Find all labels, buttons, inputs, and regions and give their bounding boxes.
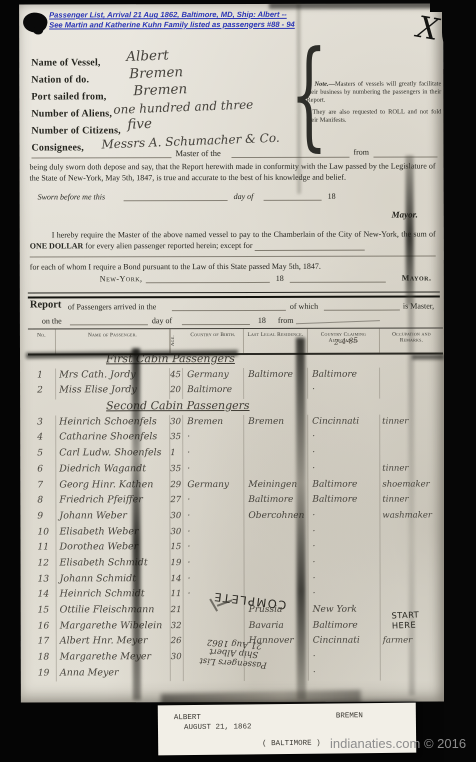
passenger-age bbox=[171, 666, 184, 682]
passenger-no: 4 bbox=[28, 431, 56, 447]
section-divider-rule bbox=[28, 291, 440, 298]
passenger-age: 20 bbox=[170, 384, 183, 400]
blank-line bbox=[290, 282, 386, 283]
fee-body-2: for every alien passenger reported herei… bbox=[85, 240, 252, 249]
fee-mayor-label: Mayor. bbox=[402, 273, 432, 282]
passenger-no: 9 bbox=[28, 509, 56, 525]
passenger-name: Dorothea Weber bbox=[56, 540, 170, 556]
fee-body-1: I hereby require the Master of the above… bbox=[52, 229, 436, 239]
masters-note: ☞ Note.—Masters of vessels will greatly … bbox=[306, 79, 441, 124]
passenger-occupation bbox=[380, 540, 443, 556]
watermark: indianaties.com © 2016 bbox=[330, 736, 466, 751]
passenger-row: 4Catharine Shoenfels35·· bbox=[28, 430, 443, 447]
field-label: Name of Vessel, bbox=[31, 57, 100, 68]
passenger-residence bbox=[244, 540, 308, 556]
passenger-allegiance: Baltimore bbox=[309, 618, 381, 634]
passenger-name: Heinrich Schoenfels bbox=[56, 415, 170, 431]
passenger-no: 15 bbox=[29, 603, 57, 619]
field-nation: Nation of do. Bremen bbox=[31, 69, 89, 87]
cabin-section-label: First Cabin Passengers bbox=[28, 351, 443, 368]
scanned-document-viewer: Passenger List, Arrival 21 Aug 1862, Bal… bbox=[0, 0, 476, 762]
blank-line bbox=[70, 324, 148, 325]
blank-line bbox=[146, 282, 270, 283]
field-label: Number of Aliens, bbox=[31, 108, 112, 119]
ink-blot bbox=[33, 26, 43, 34]
passenger-allegiance: Cincinnati bbox=[308, 414, 380, 430]
report-word: Report bbox=[30, 299, 62, 310]
passenger-residence bbox=[245, 556, 309, 572]
passenger-row: 11Dorothea Weber15·· bbox=[28, 540, 443, 557]
document-page: Passenger List, Arrival 21 Aug 1862, Bal… bbox=[19, 3, 445, 702]
blank-line bbox=[182, 324, 250, 325]
passenger-age: 35 bbox=[170, 431, 183, 447]
passenger-allegiance: Cincinnati bbox=[309, 634, 381, 650]
passenger-occupation: washmaker bbox=[380, 508, 443, 524]
field-label: Consignees, bbox=[31, 142, 84, 153]
passenger-residence: Bavaria bbox=[245, 618, 309, 634]
passenger-occupation: tinner bbox=[380, 493, 443, 509]
passenger-name: Carl Ludw. Shoenfels bbox=[56, 446, 170, 462]
passenger-allegiance: · bbox=[308, 446, 380, 462]
sworn-before: Sworn before me this bbox=[38, 192, 106, 201]
passenger-country: · bbox=[183, 493, 244, 509]
passenger-no: 3 bbox=[28, 415, 56, 431]
handwritten-x-mark: X bbox=[414, 10, 441, 48]
oath-from: from bbox=[353, 148, 369, 157]
passenger-allegiance: New York bbox=[309, 603, 381, 619]
edge-shadow bbox=[269, 1, 443, 8]
passenger-name: Friedrich Pfeiffer bbox=[56, 493, 170, 509]
passenger-no: 7 bbox=[28, 478, 56, 494]
passenger-occupation bbox=[381, 587, 444, 603]
field-value: five bbox=[127, 116, 152, 133]
day-of: day of bbox=[234, 192, 254, 201]
passenger-table-body: First Cabin Passengers1Mrs Cath. Jordy45… bbox=[28, 351, 444, 682]
blank-line bbox=[231, 157, 349, 158]
passenger-no: 1 bbox=[28, 368, 56, 384]
handwritten-squiggle bbox=[296, 320, 380, 324]
passenger-name: Diedrich Wagandt bbox=[56, 462, 170, 478]
passenger-allegiance: · bbox=[308, 430, 380, 446]
header-age: Age. bbox=[170, 329, 183, 353]
blank-line bbox=[324, 310, 400, 311]
passenger-no: 14 bbox=[29, 588, 57, 604]
passenger-age: 45 bbox=[170, 368, 183, 384]
start-here-annotation: START HERE bbox=[391, 609, 445, 631]
header-residence: Last Legal Residence. bbox=[244, 329, 308, 353]
blank-line bbox=[172, 310, 286, 311]
passenger-row: 2Miss Elise Jordy20Baltimore· bbox=[28, 383, 443, 400]
fee-one-dollar: ONE DOLLAR bbox=[30, 241, 84, 250]
passenger-allegiance: · bbox=[309, 556, 381, 572]
passenger-country: · bbox=[184, 572, 245, 588]
report-year-18: 18 bbox=[258, 316, 266, 325]
passenger-allegiance: Baltimore bbox=[308, 367, 380, 383]
passenger-residence bbox=[244, 446, 308, 462]
passenger-country: · bbox=[183, 509, 244, 525]
passenger-row: 10Elisabeth Weber30·· bbox=[28, 524, 443, 541]
header-name: Name of Passenger. bbox=[56, 329, 170, 353]
passenger-no: 19 bbox=[29, 666, 57, 682]
field-citizens: Number of Citizens, five bbox=[31, 120, 120, 138]
oath-master-of-the: Master of the bbox=[175, 148, 220, 158]
field-label: Nation of do. bbox=[31, 74, 89, 85]
passenger-age: 32 bbox=[171, 619, 184, 635]
field-label: Port sailed from, bbox=[31, 91, 106, 102]
passenger-name: Mrs Cath. Jordy bbox=[56, 368, 170, 384]
passenger-allegiance: · bbox=[308, 383, 380, 399]
passenger-country: · bbox=[183, 540, 244, 556]
passenger-age: 27 bbox=[170, 493, 183, 509]
passenger-country: Bremen bbox=[183, 415, 244, 431]
header-no: No. bbox=[28, 329, 56, 353]
passenger-age: 14 bbox=[171, 572, 184, 588]
passenger-age: 21 bbox=[171, 603, 184, 619]
passenger-name: Johann Weber bbox=[56, 509, 170, 525]
passenger-occupation bbox=[380, 430, 443, 446]
report-of-which: of which bbox=[290, 302, 318, 311]
field-value: Bremen bbox=[133, 81, 187, 99]
passenger-row: 6Diedrich Wagandt35··tinner bbox=[28, 461, 443, 478]
blank-line bbox=[255, 241, 365, 251]
passenger-occupation bbox=[381, 571, 444, 587]
passenger-age: 30 bbox=[170, 415, 183, 431]
passenger-age: 19 bbox=[171, 556, 184, 572]
passenger-country: · bbox=[183, 430, 244, 446]
note-body-2: They are also requested to ROLL and not … bbox=[306, 108, 441, 125]
card-date: AUGUST 21, 1862 bbox=[184, 723, 252, 732]
passenger-name: Miss Elise Jordy bbox=[56, 384, 170, 400]
field-aliens: Number of Aliens, one hundred and three bbox=[31, 103, 112, 121]
passenger-occupation: farmer bbox=[381, 634, 444, 650]
passenger-country: Baltimore bbox=[183, 383, 244, 399]
fee-body-3: for each of whom I require a Bond pursua… bbox=[30, 261, 436, 273]
field-consignees: Consignees, Messrs A. Schumacher & Co. bbox=[31, 137, 84, 155]
field-value: Albert bbox=[126, 47, 169, 65]
field-value: Bremen bbox=[129, 64, 183, 82]
passenger-occupation bbox=[380, 383, 443, 399]
mayor-signature-label: Mayor. bbox=[392, 210, 418, 220]
passenger-residence bbox=[244, 383, 308, 399]
fee-new-york: New-York, bbox=[100, 274, 143, 283]
fee-year-18: 18 bbox=[276, 274, 284, 283]
passenger-age: 15 bbox=[170, 540, 183, 556]
passenger-allegiance: Baltimore bbox=[308, 477, 380, 493]
passenger-residence: Bremen bbox=[244, 415, 308, 431]
header-country: Country of Birth. bbox=[183, 329, 244, 353]
passenger-age: 1 bbox=[170, 446, 183, 462]
passenger-country bbox=[184, 619, 245, 635]
passenger-residence bbox=[245, 571, 309, 587]
passenger-residence bbox=[244, 430, 308, 446]
passenger-residence: Obercohnen bbox=[244, 509, 308, 525]
passenger-residence: Baltimore bbox=[244, 493, 308, 509]
passenger-no: 17 bbox=[29, 635, 57, 651]
passenger-no: 2 bbox=[28, 384, 56, 400]
passenger-no: 13 bbox=[29, 572, 57, 588]
passenger-row: 8Friedrich Pfeiffer27·BaltimoreBaltimore… bbox=[28, 493, 443, 510]
passenger-residence bbox=[244, 524, 308, 540]
passenger-country: Germany bbox=[183, 368, 244, 384]
passenger-row: 3Heinrich Schoenfels30BremenBremenCincin… bbox=[28, 414, 443, 431]
passenger-allegiance: · bbox=[308, 461, 380, 477]
field-vessel: Name of Vessel, Albert bbox=[31, 52, 100, 70]
passenger-occupation bbox=[381, 665, 444, 681]
passenger-allegiance: · bbox=[309, 665, 381, 681]
passenger-age: 29 bbox=[170, 478, 183, 494]
fee-body: I hereby require the Master of the above… bbox=[30, 229, 436, 251]
passenger-occupation bbox=[380, 446, 443, 462]
card-origin: BREMEN bbox=[336, 712, 363, 720]
passenger-country: · bbox=[183, 462, 244, 478]
cabin-section-label: Second Cabin Passengers bbox=[28, 399, 443, 416]
passenger-row: 13Johann Schmidt14·· bbox=[29, 571, 444, 588]
passenger-row: 9Johann Weber30·Obercohnen·washmaker bbox=[28, 508, 443, 525]
passenger-name: Elisabeth Schmidt bbox=[57, 556, 171, 572]
passenger-row: 12Elisabeth Schmidt19·· bbox=[29, 555, 444, 572]
blank-line bbox=[124, 200, 228, 201]
passenger-no: 10 bbox=[28, 525, 56, 541]
passenger-occupation bbox=[381, 650, 444, 666]
passenger-no: 18 bbox=[29, 651, 57, 667]
passenger-occupation bbox=[381, 555, 444, 571]
oath-body: being duly sworn doth depose and say, th… bbox=[30, 161, 436, 183]
passenger-occupation: tinner bbox=[380, 414, 443, 430]
passenger-no: 8 bbox=[28, 494, 56, 510]
card-port: ( BALTIMORE ) bbox=[262, 740, 321, 749]
passenger-age: 30 bbox=[170, 525, 183, 541]
passenger-no: 12 bbox=[29, 556, 57, 572]
passenger-occupation bbox=[380, 367, 443, 383]
passenger-occupation: shoemaker bbox=[380, 477, 443, 493]
passenger-occupation bbox=[380, 524, 443, 540]
report-from: from bbox=[278, 316, 294, 325]
scan-border bbox=[444, 0, 476, 762]
passenger-row: 7Georg Hinr. Kathen29GermanyMeiningenBal… bbox=[28, 477, 443, 494]
passenger-no: 11 bbox=[28, 541, 56, 557]
passenger-no: 5 bbox=[28, 447, 56, 463]
blank-line bbox=[31, 157, 171, 158]
blank-line bbox=[30, 255, 436, 257]
card-ship-name: ALBERT bbox=[174, 714, 201, 722]
note-lead: Note.— bbox=[312, 81, 335, 88]
header-occupation: Occupation and Remarks. bbox=[380, 328, 443, 352]
passenger-row: 5Carl Ludw. Shoenfels1·· bbox=[28, 446, 443, 463]
blank-line bbox=[264, 200, 322, 201]
passenger-row: 1Mrs Cath. Jordy45GermanyBaltimoreBaltim… bbox=[28, 367, 443, 384]
passenger-country: · bbox=[183, 446, 244, 462]
passenger-residence: Meiningen bbox=[244, 477, 308, 493]
passenger-name: Johann Schmidt bbox=[57, 572, 171, 588]
field-value: one hundred and three bbox=[113, 98, 253, 117]
passenger-occupation: tinner bbox=[380, 461, 443, 477]
report-day-of: day of bbox=[152, 316, 172, 325]
passenger-age: 35 bbox=[170, 462, 183, 478]
passenger-allegiance: · bbox=[308, 508, 380, 524]
report-on-the: on the bbox=[42, 316, 62, 325]
report-rest: of Passengers arrived in the bbox=[68, 302, 156, 311]
passenger-country bbox=[184, 666, 245, 682]
field-label: Number of Citizens, bbox=[31, 125, 120, 136]
passenger-name: Catharine Shoenfels bbox=[56, 431, 170, 447]
passenger-name: Anna Meyer bbox=[57, 666, 171, 682]
passenger-country: · bbox=[183, 525, 244, 541]
passenger-name: Ottilie Fleischmann bbox=[57, 603, 171, 619]
blank-line bbox=[373, 156, 437, 157]
passenger-allegiance: · bbox=[309, 650, 381, 666]
passenger-residence: Baltimore bbox=[244, 367, 308, 383]
passenger-allegiance: · bbox=[308, 540, 380, 556]
passenger-name: Elisabeth Weber bbox=[56, 525, 170, 541]
field-port: Port sailed from, Bremen bbox=[31, 86, 106, 104]
passenger-residence bbox=[244, 462, 308, 478]
passenger-allegiance: · bbox=[309, 587, 381, 603]
passenger-allegiance: Baltimore bbox=[308, 493, 380, 509]
passenger-row: 16Margarethe Wibelein32BavariaBaltimore bbox=[29, 618, 444, 635]
passenger-country: · bbox=[184, 556, 245, 572]
passenger-age: 11 bbox=[171, 587, 184, 603]
passenger-no: 16 bbox=[29, 619, 57, 635]
passenger-name: Georg Hinr. Kathen bbox=[56, 478, 170, 494]
passenger-name: Heinrich Schmidt bbox=[57, 587, 171, 603]
year-18: 18 bbox=[328, 192, 336, 201]
passenger-allegiance: · bbox=[308, 524, 380, 540]
passenger-no: 6 bbox=[28, 462, 56, 478]
passenger-allegiance: · bbox=[309, 571, 381, 587]
report-is-master: is Master, bbox=[403, 301, 434, 310]
passenger-country: Germany bbox=[183, 477, 244, 493]
passenger-age: 30 bbox=[170, 509, 183, 525]
